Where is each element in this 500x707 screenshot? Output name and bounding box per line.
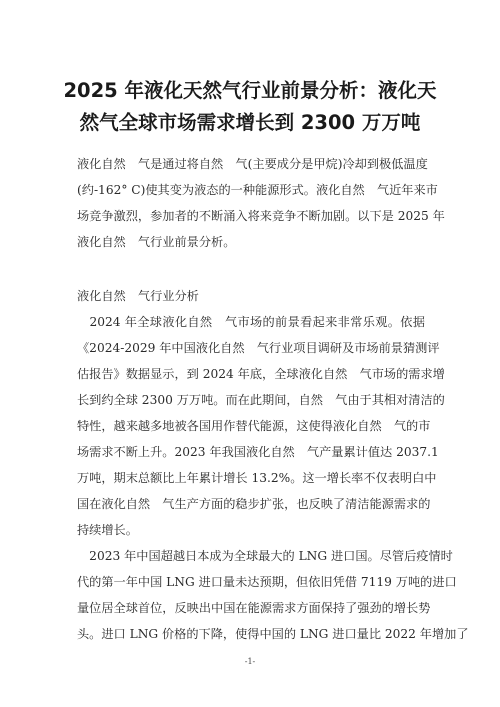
paragraph-2-line: 量位居全球首位，反映出中国在能源需求方面保持了强劲的增长势 — [77, 595, 425, 621]
paragraph-1-line: 持续增长。 — [77, 517, 425, 543]
section-heading: 液化自然 气行业分析 — [77, 283, 199, 309]
paragraph-1-line: 估报告》数据显示，到 2024 年底，全球液化自然 气市场的需求增 — [77, 361, 425, 387]
intro-paragraph: 液化自然 气是通过将自然 气(主要成分是甲烷)冷却到极低温度 (约-162° C… — [77, 151, 425, 255]
intro-line: 液化自然 气是通过将自然 气(主要成分是甲烷)冷却到极低温度 — [77, 151, 425, 177]
main-paragraphs: 2024 年全球液化自然 气市场的前景看起来非常乐观。依据 《2024-2029… — [77, 309, 425, 647]
title-line-1: 2025 年液化天然气行业前景分析：液化天 — [60, 75, 440, 107]
paragraph-2-line: 代的第一年中国 LNG 进口量未达预期，但依旧凭借 7119 万吨的进口 — [77, 569, 425, 595]
paragraph-2-line: 2023 年中国超越日本成为全球最大的 LNG 进口国。尽管后疫情时 — [77, 543, 425, 569]
paragraph-1-line: 场需求不断上升。2023 年我国液化自然 气产量累计值达 2037.1 — [77, 439, 425, 465]
paragraph-1-line: 国在液化自然 气生产方面的稳步扩张，也反映了清洁能源需求的 — [77, 491, 425, 517]
intro-line: (约-162° C)使其变为液态的一种能源形式。液化自然 气近年来市 — [77, 177, 425, 203]
intro-line: 液化自然 气行业前景分析。 — [77, 229, 425, 255]
document-page: 2025 年液化天然气行业前景分析：液化天 然气全球市场需求增长到 2300 万… — [0, 0, 500, 707]
title-line-2: 然气全球市场需求增长到 2300 万万吨 — [60, 107, 440, 139]
intro-line: 场竞争激烈，参加者的不断涌入将来竞争不断加剧。以下是 2025 年 — [77, 203, 425, 229]
document-title: 2025 年液化天然气行业前景分析：液化天 然气全球市场需求增长到 2300 万… — [60, 75, 440, 139]
paragraph-1-line: 2024 年全球液化自然 气市场的前景看起来非常乐观。依据 — [77, 309, 425, 335]
paragraph-1-line: 特性，越来越多地被各国用作替代能源，这使得液化自然 气的市 — [77, 413, 425, 439]
page-number: -1- — [0, 657, 500, 666]
paragraph-2-line: 头。进口 LNG 价格的下降，使得中国的 LNG 进口量比 2022 年增加了 — [77, 621, 425, 647]
paragraph-1-line: 《2024-2029 年中国液化自然 气行业项目调研及市场前景猜测评 — [77, 335, 425, 361]
paragraph-1-line: 万吨，期末总额比上年累计增长 13.2%。这一增长率不仅表明白中 — [77, 465, 425, 491]
paragraph-1-line: 长到约全球 2300 万万吨。而在此期间，自然 气由于其相对清洁的 — [77, 387, 425, 413]
